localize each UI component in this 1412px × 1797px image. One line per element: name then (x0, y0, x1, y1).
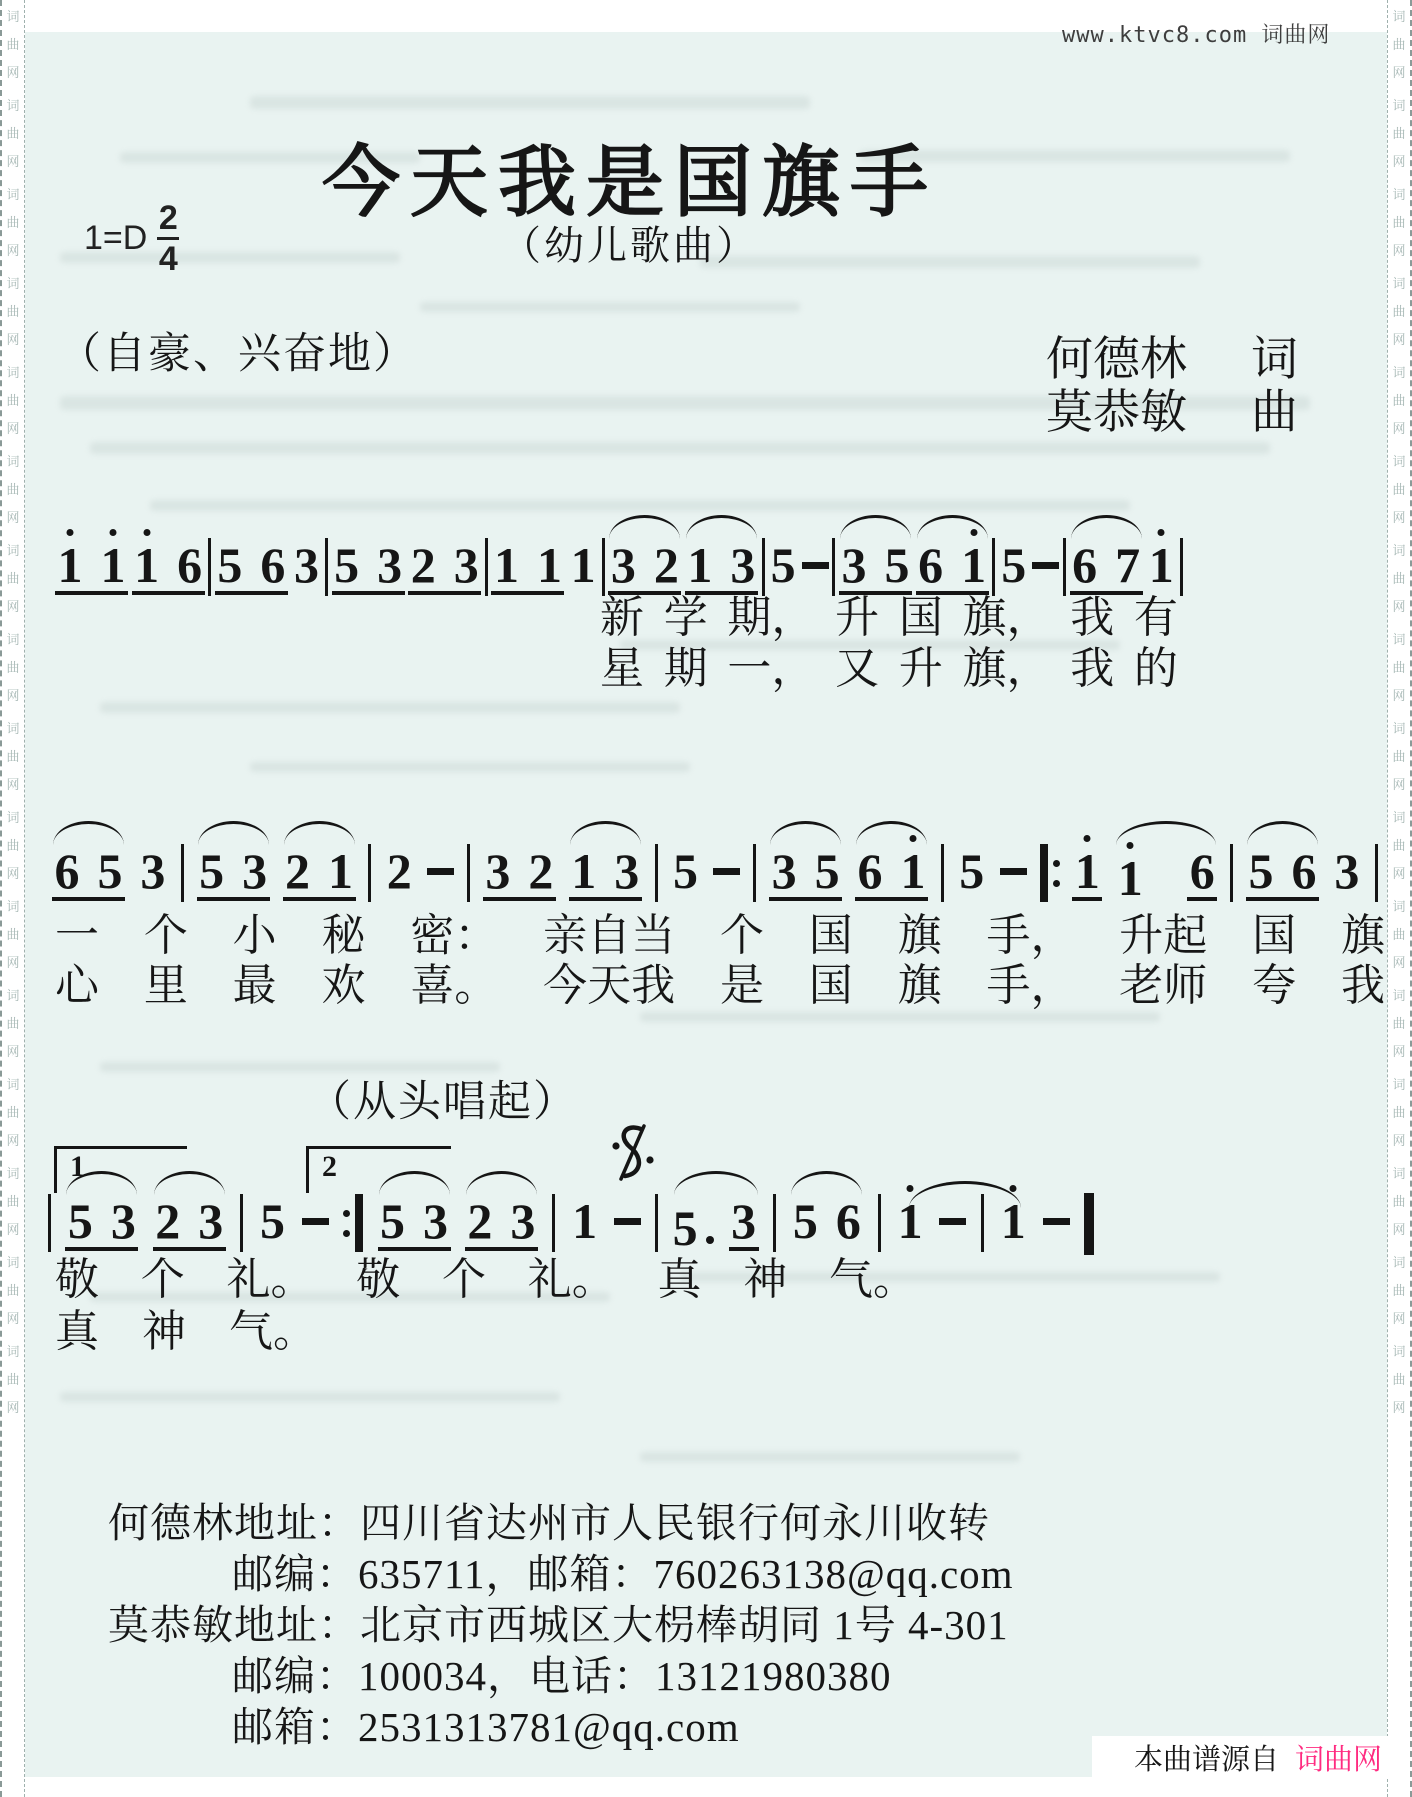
volta-bracket-2: 2 (306, 1146, 451, 1193)
lyric-word: 敬 (356, 1256, 400, 1304)
final-barline (1084, 1193, 1094, 1255)
note-digit: 6 (177, 542, 202, 588)
side-watermark-text: 词曲网 (1392, 543, 1405, 614)
lyric-word: 密： (410, 912, 498, 960)
barline (773, 1194, 776, 1252)
lyric-word: 国 (1252, 912, 1296, 960)
lyric-word: 手， (986, 962, 1074, 1010)
side-watermark-text: 词曲网 (6, 899, 19, 970)
repeat-start-sign (1040, 844, 1060, 902)
high-octave-dot (143, 529, 150, 536)
note-digit: 3 (731, 1198, 756, 1244)
note-digit: 5 (673, 1205, 698, 1251)
note-2: 2 (283, 848, 313, 894)
composer-role: 曲 (1251, 387, 1298, 440)
note-7: 7 (1113, 542, 1143, 588)
high-octave-dot (67, 529, 74, 536)
side-watermark-text: 词曲网 (6, 98, 19, 169)
lyric-word: 小 (233, 912, 277, 960)
side-watermark-text: 词曲网 (6, 9, 19, 80)
side-watermark-text: 词曲网 (6, 810, 19, 881)
side-watermark-text: 词曲网 (1392, 98, 1405, 169)
note-digit: 6 (858, 848, 883, 894)
beam-group: 53 (673, 1198, 759, 1251)
lyric-word: 是 (720, 962, 764, 1010)
lyric-word: 心 (55, 962, 99, 1010)
repeat-annotation: （从头唱起） (308, 1068, 578, 1129)
side-watermark-text: 词曲网 (1392, 1077, 1405, 1148)
barline (1180, 538, 1183, 596)
side-watermark-text: 词曲网 (1392, 454, 1405, 525)
beam-group: 23 (408, 542, 481, 595)
lyric-word: 今天我 (543, 962, 675, 1010)
note-6: 6 (175, 542, 205, 588)
note-2: 2 (465, 1198, 495, 1244)
note-digit: 7 (1115, 542, 1140, 588)
repeat-thick-bar (1040, 844, 1048, 902)
lyric-word: 个 (144, 912, 188, 960)
scan-bleedthrough (700, 256, 1200, 268)
note-5: 5 (790, 1198, 820, 1244)
barline (48, 1194, 51, 1252)
note-5: 5 (65, 1198, 95, 1244)
note-digit: 5 (884, 542, 909, 588)
note-5: 5 (673, 1205, 716, 1251)
lyric-word: 期 (664, 645, 708, 693)
note-digit: 1 (571, 542, 596, 588)
note-3: 3 (291, 542, 321, 588)
note-3: 3 (1332, 848, 1362, 894)
note-digit: 5 (199, 848, 224, 894)
note-digit: 1 (134, 542, 159, 588)
note-digit: 3 (377, 542, 402, 588)
barline (762, 538, 765, 596)
lyric-row-3: 一个小秘密：亲自当个国旗手，升起国旗 (55, 912, 1385, 960)
lyric-row-2: 星期一，又升旗，我的 (600, 645, 1178, 693)
key-time-signature: 1=D 2 4 (84, 200, 179, 277)
lyric-word: 又 (835, 645, 879, 693)
note-digit: 2 (528, 848, 553, 894)
volta-bracket-1: 1 (54, 1146, 187, 1193)
scan-bleedthrough (420, 302, 800, 312)
note-5: 5 (378, 1198, 408, 1244)
high-octave-dot (907, 1185, 914, 1192)
duration-dash (1043, 1218, 1070, 1225)
lyric-word: 的 (1134, 645, 1178, 693)
note-digit: 6 (836, 1198, 861, 1244)
note-3: 3 (729, 1198, 759, 1251)
lyric-word: 期， (727, 594, 815, 642)
note-digit: 2 (654, 542, 679, 588)
note-5: 5 (215, 542, 245, 588)
lyric-row-6: 真神气。 (55, 1308, 317, 1356)
beam-group: 23 (153, 1198, 226, 1251)
scan-bleedthrough (250, 96, 810, 109)
barline (878, 1194, 881, 1252)
repeat-dot (1053, 860, 1060, 867)
lyric-word: 个 (720, 912, 764, 960)
beam-group: 53 (197, 848, 270, 901)
note-digit: 2 (467, 1198, 492, 1244)
note-3: 3 (508, 1198, 538, 1244)
high-octave-dot (910, 835, 917, 842)
note-digit: 3 (841, 542, 866, 588)
note-1: 1 (685, 542, 715, 588)
note-digit: 3 (485, 848, 510, 894)
note-3: 3 (483, 848, 513, 894)
note-1: 1 (491, 542, 521, 588)
note-6: 6 (52, 848, 82, 894)
contact-line-5: 邮箱：2531313781@qq.com (232, 1694, 740, 1753)
scan-bleedthrough (250, 762, 690, 772)
side-watermark-text: 词曲网 (1392, 721, 1405, 792)
augmentation-dot (706, 1236, 714, 1244)
note-digit: 5 (771, 542, 796, 588)
note-digit: 5 (815, 848, 840, 894)
note-digit: 3 (1334, 848, 1359, 894)
note-digit: 1 (572, 1198, 597, 1244)
lyric-word: 旗 (1341, 912, 1385, 960)
note-digit: 3 (111, 1198, 136, 1244)
lyric-word: 旗 (898, 962, 942, 1010)
note-1: 1 (570, 1198, 600, 1244)
repeat-dot (343, 1210, 350, 1217)
time-denominator: 4 (159, 241, 178, 277)
note-digit: 6 (1072, 542, 1097, 588)
beam-group: 53 (65, 1198, 138, 1251)
high-octave-dot (1127, 842, 1134, 849)
note-digit: 1 (961, 542, 986, 588)
repeat-end-sign (343, 1194, 363, 1252)
note-digit: 3 (614, 848, 639, 894)
note-digit: 1 (58, 542, 83, 588)
repeat-dot (1053, 880, 1060, 887)
note-digit: 1 (1001, 1198, 1026, 1244)
lyric-word: 国 (809, 912, 853, 960)
beam-group: 16 (132, 542, 205, 595)
repeat-dot (343, 1230, 350, 1237)
scan-bleedthrough (100, 702, 680, 713)
scan-bleedthrough (640, 1012, 1160, 1022)
note-digit: 3 (198, 1198, 223, 1244)
note-3: 3 (728, 542, 758, 588)
note-digit: 2 (155, 1198, 180, 1244)
note-digit: 1 (101, 542, 126, 588)
duration-dash (1032, 562, 1059, 569)
lyric-word: 礼。 (227, 1256, 315, 1304)
high-octave-dot (1158, 529, 1165, 536)
duration-dash (713, 868, 740, 875)
note-digit: 3 (730, 542, 755, 588)
note-digit: 1 (1149, 542, 1174, 588)
lyric-word: 我 (1070, 594, 1114, 642)
side-watermark-text: 词曲网 (1392, 187, 1405, 258)
tempo-direction: （自豪、兴奋地） (58, 320, 418, 381)
note-1: 1 (534, 542, 564, 588)
lyric-word: 里 (144, 962, 188, 1010)
note-digit: 5 (380, 1198, 405, 1244)
duration-dash (939, 1218, 966, 1225)
note-1: 1 (326, 848, 356, 894)
duration-dash (427, 868, 454, 875)
duration-dash (802, 562, 829, 569)
beam-group: 35 (839, 542, 912, 595)
side-watermark-text: 词曲网 (6, 276, 19, 347)
time-numerator: 2 (159, 200, 178, 236)
note-1: 1 (569, 848, 599, 894)
note-1: 1 (895, 1198, 925, 1244)
score-line-3: 5323553231535611 (48, 1198, 1094, 1255)
side-watermark-text: 词曲网 (1392, 988, 1405, 1059)
side-watermark-text: 词曲网 (6, 988, 19, 1059)
note-digit: 3 (611, 542, 636, 588)
note-6: 6 (1187, 848, 1217, 901)
note-6: 6 (1289, 848, 1319, 894)
beam-group: 11 (55, 542, 128, 595)
high-octave-dot (970, 529, 977, 536)
note-digit: 1 (328, 848, 353, 894)
note-digit: 1 (901, 848, 926, 894)
note-3: 3 (375, 542, 405, 588)
barline (552, 1194, 555, 1252)
lyric-word: 国 (899, 594, 943, 642)
credits: 何德林 词 莫恭敏 曲 (1046, 334, 1298, 440)
side-watermark-text: 词曲网 (6, 454, 19, 525)
side-watermark-text: 词曲网 (1392, 276, 1405, 347)
note-digit: 5 (673, 848, 698, 894)
segno-icon (610, 1122, 656, 1187)
note-digit: 3 (454, 542, 479, 588)
note-3: 3 (769, 848, 799, 894)
side-watermark-text: 词曲网 (6, 187, 19, 258)
note-digit: 2 (411, 542, 436, 588)
side-watermark-text: 词曲网 (6, 365, 19, 436)
lyric-word: 升起 (1119, 912, 1207, 960)
lyric-word: 礼。 (528, 1256, 616, 1304)
lyric-word: 个 (141, 1256, 185, 1304)
barline (1063, 538, 1066, 596)
note-6: 6 (258, 542, 288, 588)
lyric-word: 国 (809, 962, 853, 1010)
side-watermark-text: 词曲网 (1392, 9, 1405, 80)
barline (325, 538, 328, 596)
note-digit: 5 (1001, 542, 1026, 588)
note-digit: 6 (1190, 848, 1215, 894)
note-6: 6 (833, 1198, 863, 1244)
note-5: 5 (1246, 848, 1276, 894)
beam-group: 56 (1246, 848, 1319, 901)
lyric-word: 旗 (898, 912, 942, 960)
side-watermark-text: 词曲网 (1392, 632, 1405, 703)
composer-credit: 莫恭敏 曲 (1046, 387, 1298, 440)
lyric-word: 神 (142, 1308, 186, 1356)
note-digit: 3 (242, 848, 267, 894)
side-watermark-text: 词曲网 (6, 543, 19, 614)
side-watermark-text: 词曲网 (1392, 899, 1405, 970)
beam-group: 16 (1115, 848, 1217, 901)
beam-group: 11 (491, 542, 564, 595)
lyric-word: 有 (1134, 594, 1178, 642)
note-digit: 1 (571, 848, 596, 894)
note-digit: 5 (1249, 848, 1274, 894)
note-digit: 1 (1075, 848, 1100, 894)
repeat-dots (343, 1210, 350, 1237)
barline (368, 844, 371, 902)
note-5: 5 (768, 542, 798, 588)
lyric-word: 学 (664, 594, 708, 642)
note-6: 6 (1070, 542, 1100, 588)
lyricist-credit: 何德林 词 (1046, 334, 1298, 387)
lyric-word: 真 (658, 1256, 702, 1304)
beam-group: 53 (332, 542, 405, 595)
note-2: 2 (408, 542, 438, 588)
high-octave-dot (1010, 1185, 1017, 1192)
composer-name: 莫恭敏 (1046, 387, 1187, 440)
left-watermark-strip: 词曲网词曲网词曲网词曲网词曲网词曲网词曲网词曲网词曲网词曲网词曲网词曲网词曲网词… (0, 0, 25, 1797)
score-line-1: 111656353231113213535615671 (55, 542, 1183, 596)
note-3: 3 (451, 542, 481, 588)
note-5: 5 (197, 848, 227, 894)
note-3: 3 (138, 848, 168, 894)
volta-number: 2 (309, 1149, 337, 1185)
site-watermark: www.ktvc8.com 词曲网 (1062, 18, 1330, 49)
barline (655, 1194, 658, 1252)
barline (753, 844, 756, 902)
note-2: 2 (526, 848, 556, 894)
lyric-word: 旗， (963, 645, 1051, 693)
lyric-word: 真 (55, 1308, 99, 1356)
note-3: 3 (108, 1198, 138, 1244)
side-watermark-text: 词曲网 (1392, 365, 1405, 436)
note-1: 1 (959, 542, 989, 588)
note-digit: 1 (687, 542, 712, 588)
note-digit: 6 (918, 542, 943, 588)
note-digit: 3 (510, 1198, 535, 1244)
note-5: 5 (257, 1198, 287, 1244)
note-1: 1 (998, 1198, 1028, 1244)
barline (655, 844, 658, 902)
barline (485, 538, 488, 596)
beam-group: 56 (215, 542, 288, 595)
note-digit: 1 (494, 542, 519, 588)
lyric-word: 欢 (321, 962, 365, 1010)
lyric-word: 秘 (321, 912, 365, 960)
note-1: 1 (98, 542, 128, 588)
barline (941, 844, 944, 902)
note-1: 1 (55, 542, 85, 588)
note-digit: 6 (55, 848, 80, 894)
note-5: 5 (882, 542, 912, 588)
side-watermark-text: 词曲网 (6, 1077, 19, 1148)
lyric-row-4: 心里最欢喜。今天我是国旗手，老师夸我 (55, 962, 1385, 1010)
beam-group: 53 (378, 1198, 451, 1251)
lyric-word: 旗， (963, 594, 1051, 642)
note-digit: 6 (1292, 848, 1317, 894)
note-digit: 2 (387, 848, 412, 894)
volta-number: 1 (57, 1149, 85, 1185)
lyric-word: 气。 (829, 1256, 917, 1304)
barline (1375, 844, 1378, 902)
side-watermark-text: 词曲网 (6, 1344, 19, 1415)
lyric-word: 亲自当 (543, 912, 675, 960)
barline (602, 538, 605, 596)
note-digit: 3 (772, 848, 797, 894)
note-5: 5 (332, 542, 362, 588)
note-digit: 1 (537, 542, 562, 588)
side-watermark-text: 词曲网 (6, 1255, 19, 1326)
source-badge: 本曲谱源自 词曲网 (1092, 1736, 1390, 1778)
note-digit: 5 (68, 1198, 93, 1244)
note-3: 3 (612, 848, 642, 894)
scan-bleedthrough (640, 1452, 1020, 1462)
badge-prefix: 本曲谱源自 (1134, 1737, 1279, 1778)
note-3: 3 (839, 542, 869, 588)
note-1: 1 (1146, 542, 1176, 588)
note-5: 5 (812, 848, 842, 894)
note-2: 2 (153, 1198, 183, 1244)
duration-dash (1000, 868, 1027, 875)
note-5: 5 (957, 848, 987, 894)
note-digit: 5 (793, 1198, 818, 1244)
scan-bleedthrough (150, 500, 1130, 511)
note-3: 3 (421, 1198, 451, 1244)
beam-group: 13 (685, 542, 758, 595)
note-digit: 5 (98, 848, 123, 894)
lyric-word: 手， (986, 912, 1074, 960)
note-3: 3 (196, 1198, 226, 1244)
beam-group: 13 (569, 848, 642, 901)
lyric-word: 一， (727, 645, 815, 693)
barline (208, 538, 211, 596)
key-signature: 1=D (84, 219, 147, 258)
badge-brand-link: 词曲网 (1295, 1737, 1382, 1778)
barline (240, 1194, 243, 1252)
lyric-word: 升 (899, 645, 943, 693)
lyric-word: 我 (1070, 645, 1114, 693)
note-digit: 3 (294, 542, 319, 588)
lyric-word: 神 (743, 1256, 787, 1304)
side-watermark-text: 词曲网 (6, 1166, 19, 1237)
note-5: 5 (95, 848, 125, 894)
beam-group: 21 (283, 848, 356, 901)
note-digit: 5 (334, 542, 359, 588)
note-digit: 1 (1118, 855, 1143, 901)
barline (467, 844, 470, 902)
sheet-music-page: { "watermark": { "site": "www.ktvc8.com … (0, 0, 1412, 1797)
scan-bleedthrough (60, 1392, 560, 1402)
side-watermark-text: 词曲网 (1392, 1344, 1405, 1415)
note-digit: 6 (260, 542, 285, 588)
beam-group: 67 (1070, 542, 1143, 595)
lyric-word: 老师 (1119, 962, 1207, 1010)
lyric-word: 我 (1341, 962, 1385, 1010)
note-1: 1 (132, 542, 162, 588)
repeat-thick-bar (355, 1194, 363, 1252)
note-2: 2 (384, 848, 414, 894)
song-subtitle: （幼儿歌曲） (501, 214, 759, 271)
lyric-word: 个 (442, 1256, 486, 1304)
note-5: 5 (999, 542, 1029, 588)
side-watermark-text: 词曲网 (1392, 1166, 1405, 1237)
note-1: 1 (898, 848, 928, 894)
beam-group: 32 (483, 848, 556, 901)
beam-group: 56 (790, 1198, 863, 1244)
note-1: 1 (1072, 848, 1102, 901)
high-octave-dot (110, 529, 117, 536)
beam-group: 61 (916, 542, 989, 595)
high-octave-dot (1084, 835, 1091, 842)
lyric-row-1: 新学期，升国旗，我有 (600, 594, 1178, 642)
